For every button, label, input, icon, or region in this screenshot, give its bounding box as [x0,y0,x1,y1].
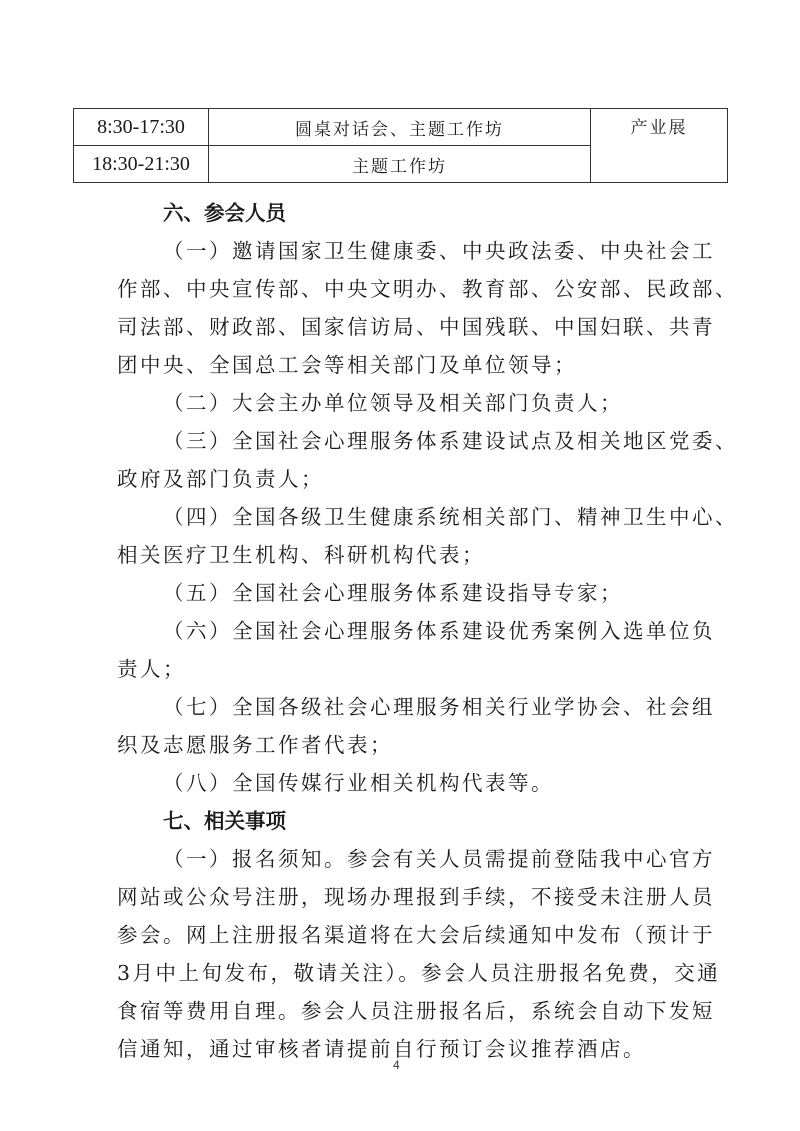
paragraph-line: 相关医疗卫生机构、科研机构代表； [117,538,800,568]
paragraph-line: 食宿等费用自理。参会人员注册报名后，系统会自动下发短 [117,994,800,1024]
paragraph-line: 信通知，通过审核者请提前自行预订会议推荐酒店。 [117,1032,800,1062]
paragraph-line: 织及志愿服务工作者代表； [117,728,800,758]
paragraph-line: 网站或公众号注册，现场办理报到手续，不接受未注册人员 [117,880,800,910]
paragraph-line: 3月中上旬发布，敬请关注）。参会人员注册报名免费，交通 [117,956,800,986]
paragraph-line: 司法部、财政部、国家信访局、中国残联、中国妇联、共青 [117,310,800,340]
paragraph-line: （七）全国各级社会心理服务相关行业学协会、社会组 [163,690,800,720]
paragraph-line: （一）邀请国家卫生健康委、中央政法委、中央社会工 [163,234,800,264]
section-heading: 七、相关事项 [163,804,800,834]
paragraph-line: （六）全国社会心理服务体系建设优秀案例入选单位负 [163,614,800,644]
paragraph-line: （一）报名须知。参会有关人员需提前登陆我中心官方 [163,842,800,872]
page-number: 4 [393,1058,400,1072]
paragraph-line: 责人； [117,652,800,682]
section-heading: 六、参会人员 [163,196,800,226]
side-cell: 产业展 [591,109,728,183]
table-row: 8:30-17:30 圆桌对话会、主题工作坊 产业展 [74,109,728,146]
time-cell: 8:30-17:30 [74,109,209,146]
time-cell: 18:30-21:30 [74,146,209,183]
paragraph-line: （三）全国社会心理服务体系建设试点及相关地区党委、 [163,424,800,454]
paragraph-line: （五）全国社会心理服务体系建设指导专家； [163,576,800,606]
schedule-table: 8:30-17:30 圆桌对话会、主题工作坊 产业展 18:30-21:30 主… [73,108,728,183]
paragraph-line: （四）全国各级卫生健康系统相关部门、精神卫生中心、 [163,500,800,530]
paragraph-line: 作部、中央宣传部、中央文明办、教育部、公安部、民政部、 [117,272,800,302]
paragraph-line: （八）全国传媒行业相关机构代表等。 [163,766,800,796]
paragraph-line: 政府及部门负责人； [117,462,800,492]
paragraph-line: （二）大会主办单位领导及相关部门负责人； [163,386,800,416]
paragraph-line: 团中央、全国总工会等相关部门及单位领导； [117,348,800,378]
activity-cell: 圆桌对话会、主题工作坊 [209,109,591,146]
paragraph-line: 参会。网上注册报名渠道将在大会后续通知中发布（预计于 [117,918,800,948]
activity-cell: 主题工作坊 [209,146,591,183]
